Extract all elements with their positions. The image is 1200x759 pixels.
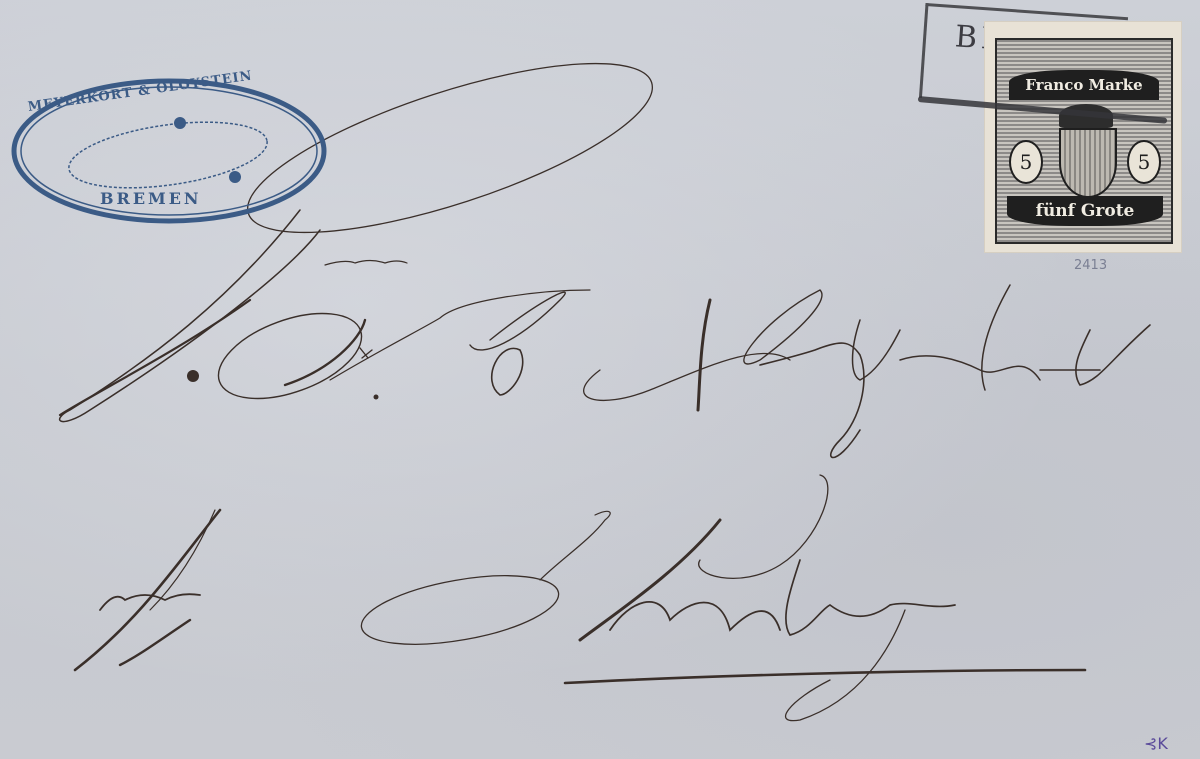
postal-cover: MEYERKORT & OLOYSTEIN BREMEN BRE Franco … [0,0,1200,759]
pencil-catalog-number: 2413 [1074,258,1107,273]
expert-mark-icon: ⊰K [1144,734,1168,753]
postage-stamp: Franco Marke 5 5 fünf Grote [985,22,1181,252]
stamp-value-left: 5 [1009,140,1043,184]
cachet-city: BREMEN [100,189,202,208]
stamp-top-label: Franco Marke [1009,70,1159,100]
stamp-design: Franco Marke 5 5 fünf Grote [995,38,1173,244]
stamp-value-right: 5 [1127,140,1161,184]
bremen-key-shield-icon [1059,128,1117,198]
stamp-bottom-label: fünf Grote [1007,196,1163,226]
